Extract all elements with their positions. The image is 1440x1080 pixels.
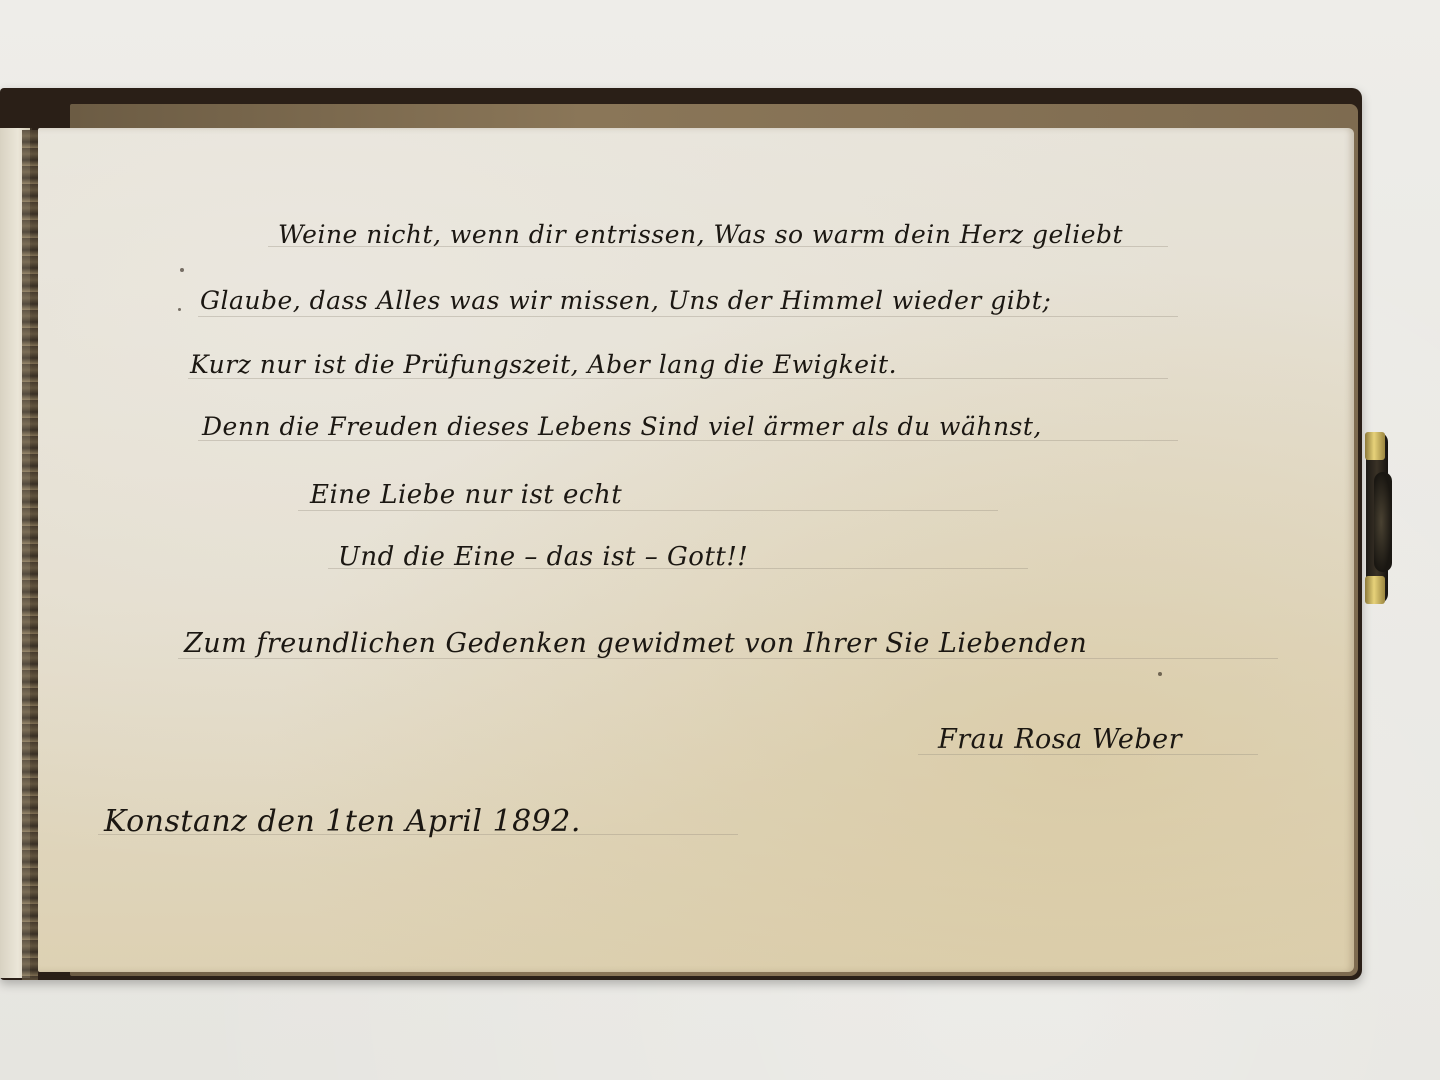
poem-line-4: Denn die Freuden dieses Lebens Sind viel… xyxy=(202,412,1042,441)
poem-line-6: Und die Eine – das ist – Gott!! xyxy=(338,542,748,572)
dedication-line: Zum freundlichen Gedenken gewidmet von I… xyxy=(184,628,1087,659)
poem-line-5: Eine Liebe nur ist echt xyxy=(310,480,622,510)
album-page: Weine nicht, wenn dir entrissen, Was so … xyxy=(38,128,1354,972)
ruled-line xyxy=(198,316,1178,317)
clasp-brass-bottom xyxy=(1365,576,1385,604)
ruled-line xyxy=(298,510,998,511)
ink-speck xyxy=(1158,672,1162,676)
poem-line-3: Kurz nur ist die Prüfungszeit, Aber lang… xyxy=(190,350,897,379)
signature: Frau Rosa Weber xyxy=(938,724,1182,755)
clasp-brass-top xyxy=(1365,432,1385,460)
place-date: Konstanz den 1ten April 1892. xyxy=(104,804,581,839)
clasp-knob xyxy=(1374,472,1392,572)
poem-line-1: Weine nicht, wenn dir entrissen, Was so … xyxy=(278,220,1123,249)
ink-speck xyxy=(180,268,184,272)
poem-line-2: Glaube, dass Alles was wir missen, Uns d… xyxy=(200,286,1051,315)
ink-speck xyxy=(178,308,181,311)
album-binding xyxy=(22,130,38,980)
album-clasp xyxy=(1366,432,1388,604)
